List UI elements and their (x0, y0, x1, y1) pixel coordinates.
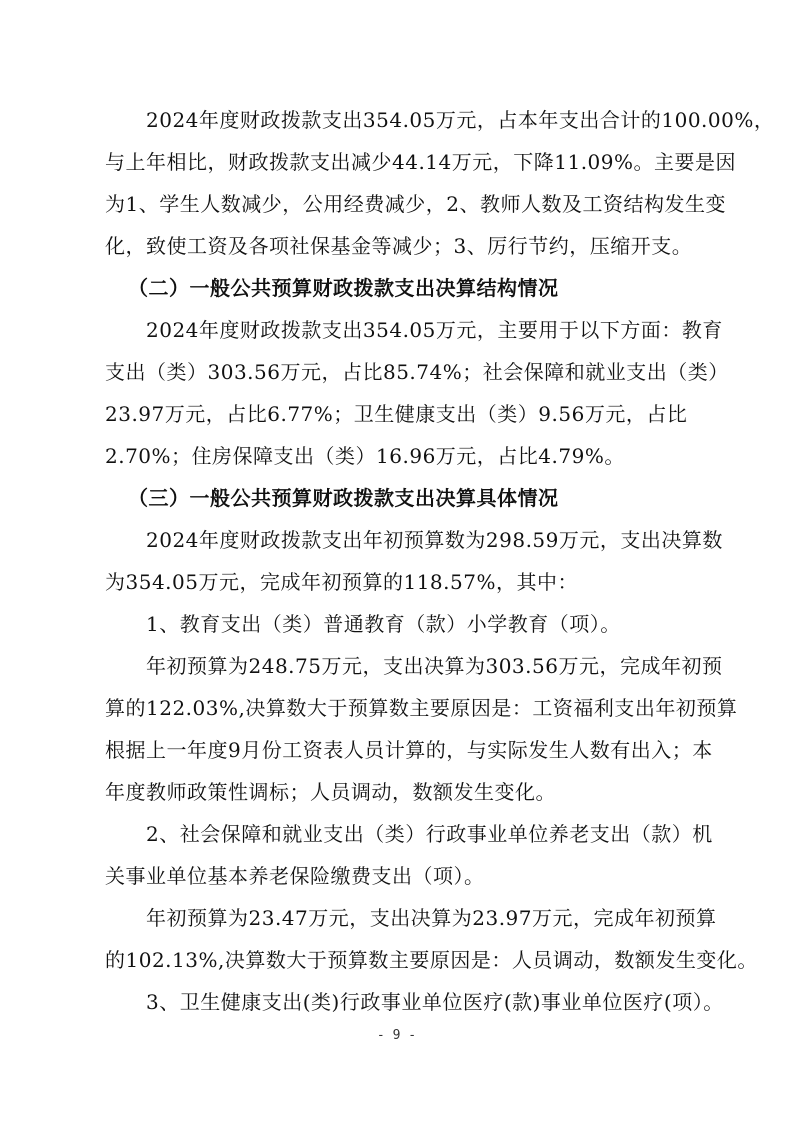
paragraph-line: 的102.13%,决算数大于预算数主要原因是：人员调动，数额发生变化。 (105, 946, 745, 974)
paragraph-line: 为1、学生人数减少，公用经费减少，2、教师人数及工资结构发生变 (105, 190, 745, 218)
paragraph-line: 2024年度财政拨款支出年初预算数为298.59万元，支出决算数 (146, 526, 746, 554)
paragraph-line: 年初预算为23.47万元，支出决算为23.97万元，完成年初预算 (146, 904, 746, 932)
page-number: - 9 - (0, 1028, 793, 1043)
paragraph-line: 为354.05万元，完成年初预算的118.57%，其中： (105, 568, 745, 596)
document-page: 2024年度财政拨款支出354.05万元，占本年支出合计的100.00%， 与上… (0, 0, 793, 1122)
paragraph-line: 2.70%；住房保障支出（类）16.96万元，占比4.79%。 (105, 442, 745, 470)
paragraph-line: 算的122.03%,决算数大于预算数主要原因是：工资福利支出年初预算 (105, 694, 745, 722)
paragraph-line: 年度教师政策性调标；人员调动，数额发生变化。 (105, 778, 745, 806)
paragraph-line: 年初预算为248.75万元，支出决算为303.56万元，完成年初预 (146, 652, 746, 680)
paragraph-line: 化，致使工资及各项社保基金等减少；3、厉行节约，压缩开支。 (105, 232, 745, 260)
paragraph-line: 支出（类）303.56万元，占比85.74%；社会保障和就业支出（类） (105, 358, 745, 386)
item-title: 2、社会保障和就业支出（类）行政事业单位养老支出（款）机 (146, 820, 746, 848)
paragraph-line: 根据上一年度9月份工资表人员计算的，与实际发生人数有出入；本 (105, 736, 745, 764)
section-heading: （三）一般公共预算财政拨款支出决算具体情况 (128, 484, 768, 512)
section-heading: （二）一般公共预算财政拨款支出决算结构情况 (128, 274, 768, 302)
item-title: 1、教育支出（类）普通教育（款）小学教育（项）。 (146, 610, 746, 638)
item-title: 关事业单位基本养老保险缴费支出（项）。 (105, 862, 745, 890)
paragraph-line: 2024年度财政拨款支出354.05万元，占本年支出合计的100.00%， (146, 106, 746, 134)
item-title: 3、卫生健康支出(类)行政事业单位医疗(款)事业单位医疗(项）。 (146, 988, 746, 1016)
paragraph-line: 23.97万元，占比6.77%；卫生健康支出（类）9.56万元，占比 (105, 400, 745, 428)
paragraph-line: 与上年相比，财政拨款支出减少44.14万元，下降11.09%。主要是因 (105, 148, 745, 176)
paragraph-line: 2024年度财政拨款支出354.05万元，主要用于以下方面：教育 (146, 316, 746, 344)
